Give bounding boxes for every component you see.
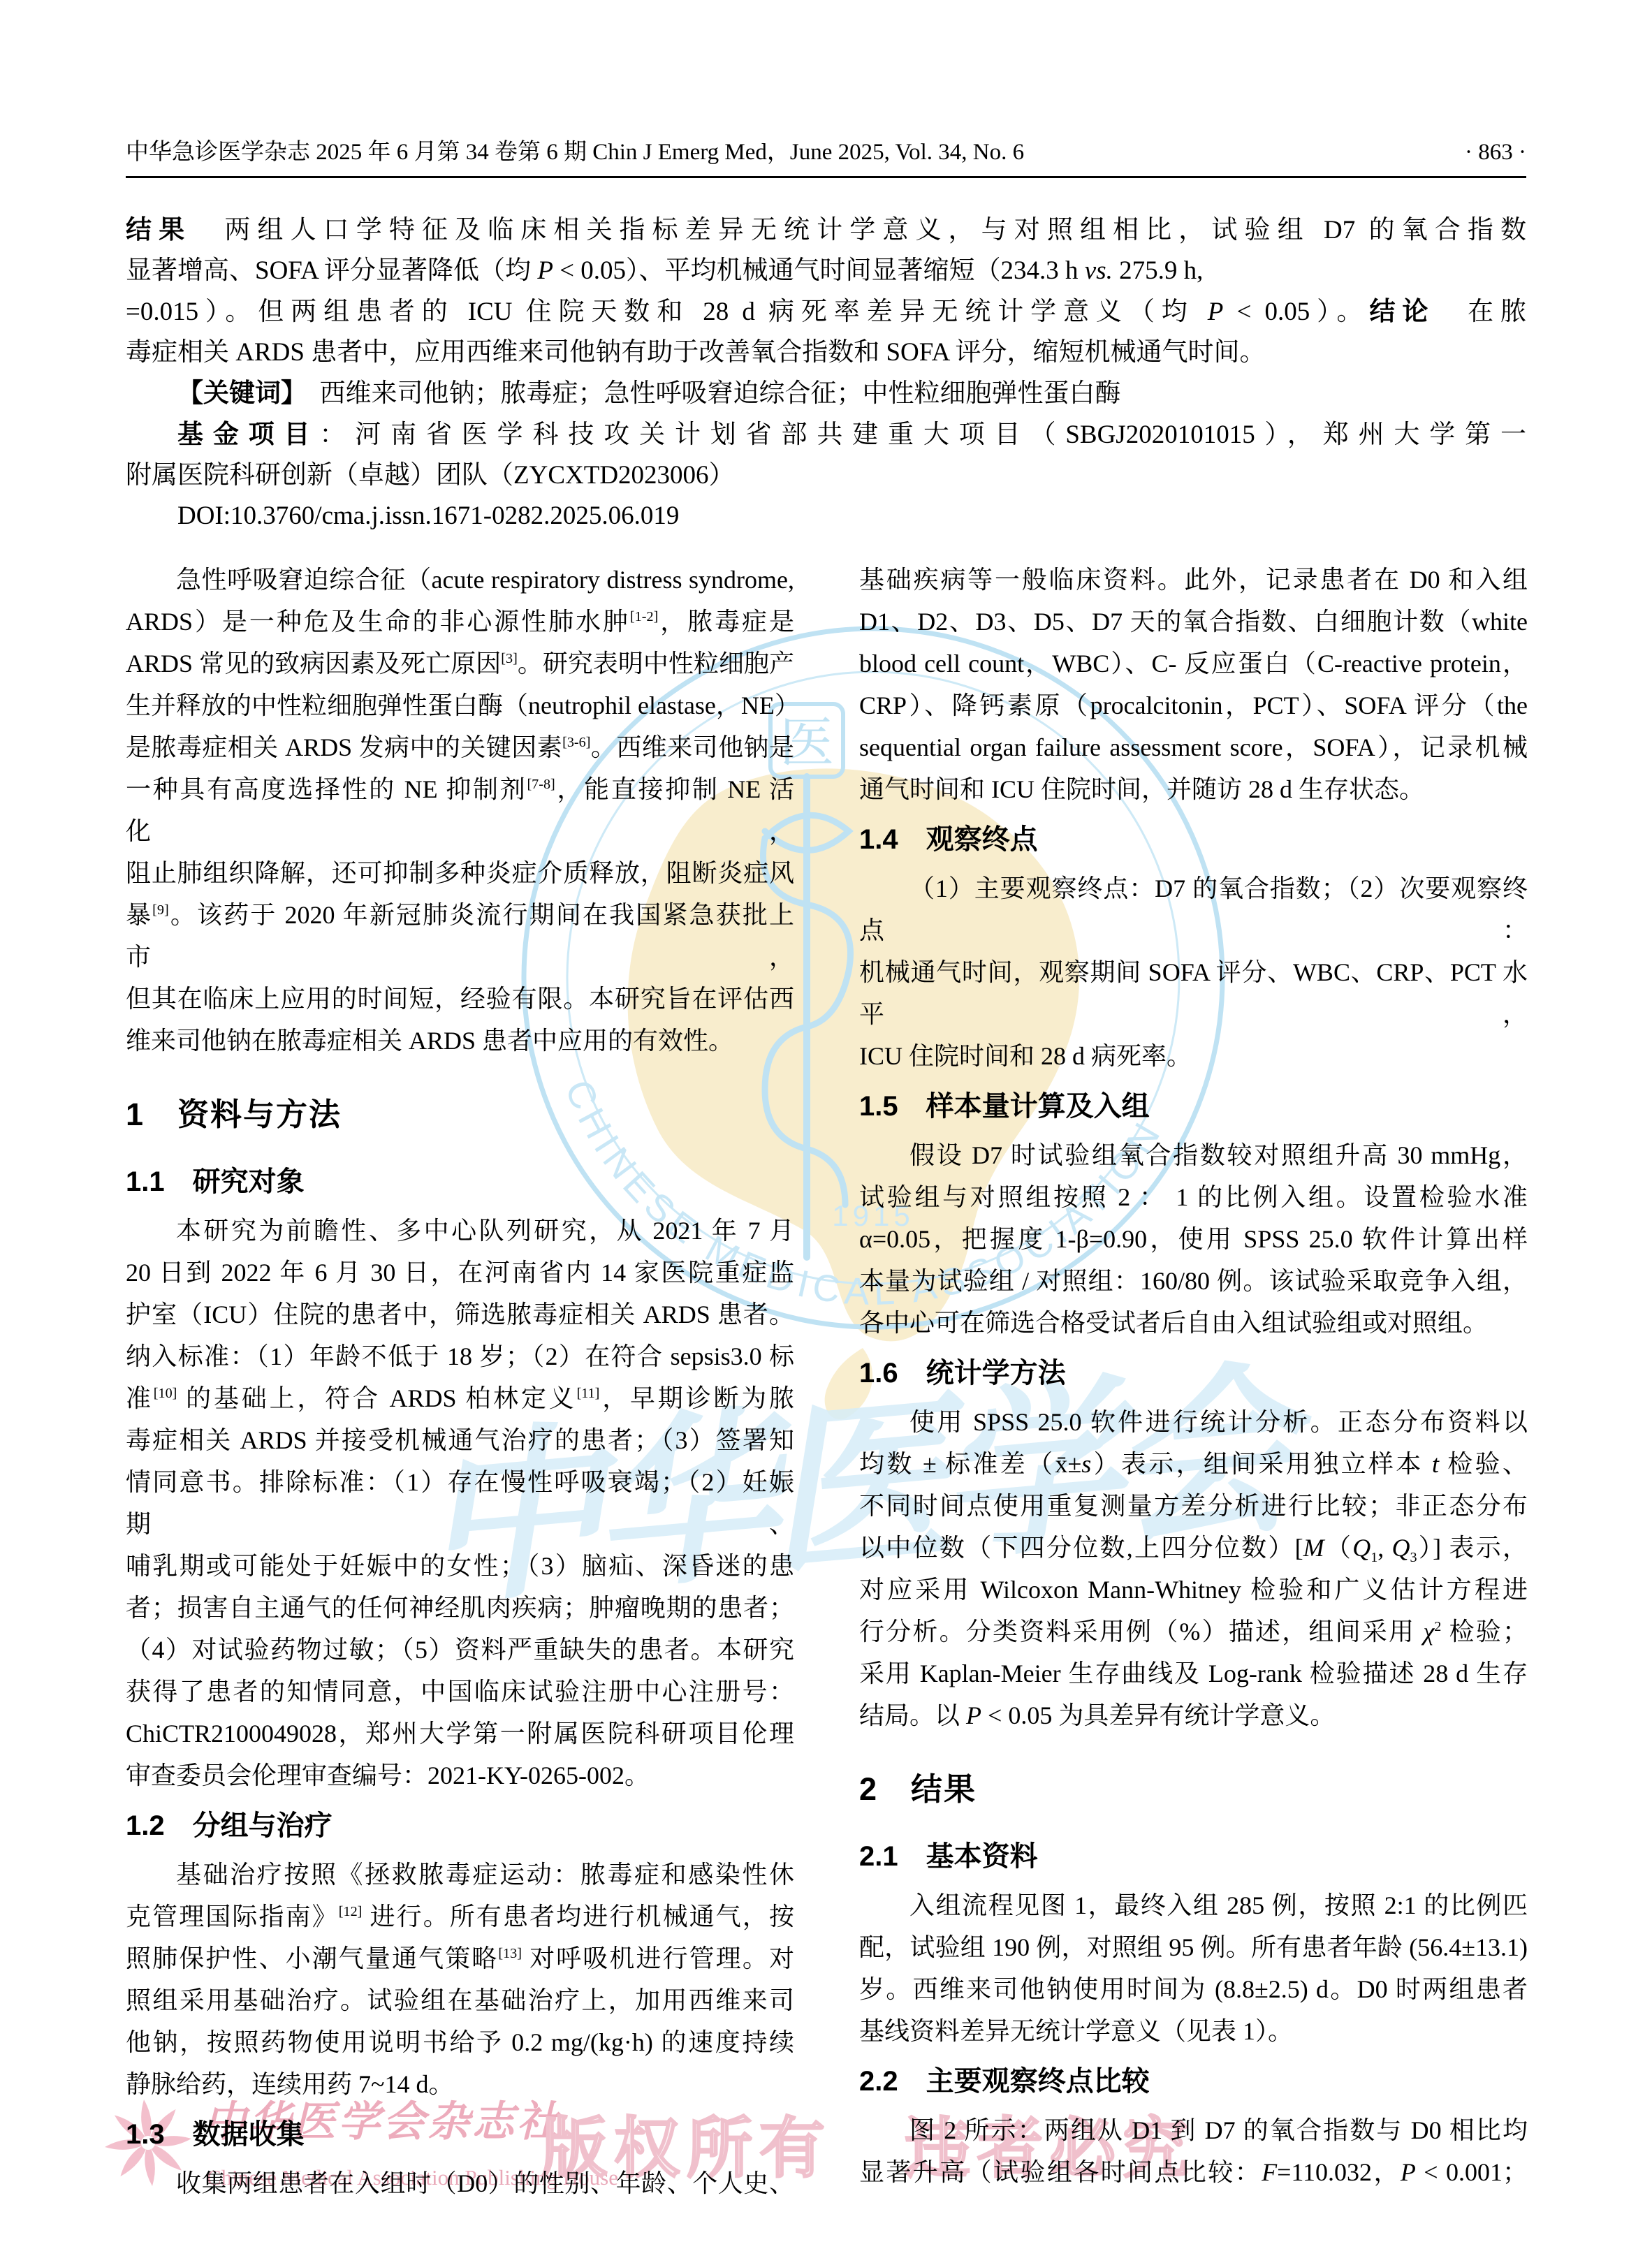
text-line: 结局。以 P < 0.05 为具差异有统计学意义。	[859, 1694, 1528, 1736]
text-line: 毒症相关 ARDS 患者中，应用西维来司他钠有助于改善氧合指数和 SOFA 评分…	[126, 332, 1526, 373]
text-line: 采用 Kaplan-Meier 生存曲线及 Log-rank 检验描述 28 d…	[859, 1653, 1528, 1694]
text-line: 通气时间和 ICU 住院时间，并随访 28 d 生存状态。	[859, 768, 1528, 810]
text-line: 本量为试验组 / 对照组：160/80 例。该试验采取竞争入组，	[859, 1260, 1528, 1302]
text-line: 本研究为前瞻性、多中心队列研究，从 2021 年 7 月	[126, 1210, 794, 1252]
text-line: 【关键词】 西维来司他钠；脓毒症；急性呼吸窘迫综合征；中性粒细胞弹性蛋白酶	[126, 373, 1526, 414]
text-line: 他钠，按照药物使用说明书给予 0.2 mg/(kg·h) 的速度持续	[126, 2021, 794, 2063]
text-line: 机械通气时间，观察期间 SOFA 评分、WBC、CRP、PCT 水平，	[859, 951, 1528, 1035]
text-line: 20 日到 2022 年 6 月 30 日，在河南省内 14 家医院重症监	[126, 1252, 794, 1294]
text-line: 阻止肺组织降解，还可抑制多种炎症介质释放，阻断炎症风	[126, 852, 794, 894]
text-line: α=0.05，把握度 1-β=0.90，使用 SPSS 25.0 软件计算出样	[859, 1218, 1528, 1260]
text-line: 情同意书。排除标准：（1）存在慢性呼吸衰竭；（2）妊娠期、	[126, 1461, 794, 1545]
text-line: 假设 D7 时试验组氧合指数较对照组升高 30 mmHg，	[859, 1134, 1528, 1176]
text-line: 基线资料差异无统计学意义（见表 1）。	[859, 2010, 1528, 2052]
subsection-heading: 2.1 基本资料	[859, 1836, 1528, 1877]
text-line: blood cell count，WBC）、C- 反应蛋白（C-reactive…	[859, 643, 1528, 684]
text-line: 配，试验组 190 例，对照组 95 例。所有患者年龄 (56.4±13.1)	[859, 1926, 1528, 1968]
text-line: 结果 两组人口学特征及临床相关指标差异无统计学意义，与对照组相比，试验组 D7 …	[126, 210, 1526, 251]
subsection-heading: 1.6 统计学方法	[859, 1352, 1528, 1394]
journal-title-line: 中华急诊医学杂志 2025 年 6 月第 34 卷第 6 期 Chin J Em…	[126, 137, 1024, 168]
text-line: ARDS 常见的致病因素及死亡原因[3]。研究表明中性粒细胞产	[126, 643, 794, 684]
text-line: 基金项目：河南省医学科技攻关计划省部共建重大项目（SBGJ2020101015）…	[126, 414, 1526, 455]
text-line: 以中位数（下四分位数,上四分位数）[M（Q1, Q3）] 表示，	[859, 1527, 1528, 1569]
text-line: （4）对试验药物过敏；（5）资料严重缺失的患者。本研究	[126, 1629, 794, 1671]
text-line: 静脉给药，连续用药 7~14 d。	[126, 2063, 794, 2105]
subsection-heading: 1.4 观察终点	[859, 819, 1528, 860]
journal-page: { "header": { "journal_line": "中华急诊医学杂志 …	[0, 0, 1652, 2242]
text-line: 照肺保护性、小潮气量通气策略[13] 对呼吸机进行管理。对	[126, 1937, 794, 1979]
text-line: 获得了患者的知情同意，中国临床试验注册中心注册号：	[126, 1671, 794, 1713]
text-line: 行分析。分类资料采用例（%）描述，组间采用 χ2 检验；	[859, 1611, 1528, 1653]
text-line: DOI:10.3760/cma.j.issn.1671-0282.2025.06…	[126, 496, 1526, 536]
text-line: 不同时间点使用重复测量方差分析进行比较；非正态分布	[859, 1485, 1528, 1527]
text-line: 维来司他钠在脓毒症相关 ARDS 患者中应用的有效性。	[126, 1020, 794, 1062]
text-line: 对应采用 Wilcoxon Mann-Whitney 检验和广义估计方程进	[859, 1569, 1528, 1611]
text-line: 显著升高（试验组各时间点比较：F=110.032，P < 0.001；	[859, 2151, 1528, 2193]
right-column: 基础疾病等一般临床资料。此外，记录患者在 D0 和入组D1、D2、D3、D5、D…	[859, 559, 1528, 2193]
subsection-heading: 2.2 主要观察终点比较	[859, 2060, 1528, 2102]
text-line: 基础疾病等一般临床资料。此外，记录患者在 D0 和入组	[859, 559, 1528, 601]
text-line: 者；损害自主通气的任何神经肌肉疾病；肿瘤晚期的患者；	[126, 1587, 794, 1629]
text-line: 一种具有高度选择性的 NE 抑制剂[7-8]，能直接抑制 NE 活化，	[126, 768, 794, 852]
text-line: 审查委员会伦理审查编号：2021-KY-0265-002。	[126, 1754, 794, 1796]
text-line: ICU 住院时间和 28 d 病死率。	[859, 1035, 1528, 1077]
text-line: 暴[9]。该药于 2020 年新冠肺炎流行期间在我国紧急获批上市，	[126, 894, 794, 978]
subsection-heading: 1.1 研究对象	[126, 1161, 794, 1203]
text-line: （1）主要观察终点：D7 的氧合指数；（2）次要观察终点：	[859, 867, 1528, 951]
page-number: · 863 ·	[1465, 137, 1526, 168]
text-line: 是脓毒症相关 ARDS 发病中的关键因素[3-6]。西维来司他钠是	[126, 726, 794, 768]
text-line: 准[10] 的基础上，符合 ARDS 柏林定义[11]，早期诊断为脓	[126, 1377, 794, 1419]
text-line: 克管理国际指南》[12] 进行。所有患者均进行机械通气，按	[126, 1896, 794, 1937]
abstract-section: 结果 两组人口学特征及临床相关指标差异无统计学意义，与对照组相比，试验组 D7 …	[126, 210, 1526, 536]
text-line: D1、D2、D3、D5、D7 天的氧合指数、白细胞计数（white	[859, 601, 1528, 643]
section-heading: 1 资料与方法	[126, 1092, 794, 1137]
text-line: 各中心可在筛选合格受试者后自由入组试验组或对照组。	[859, 1302, 1528, 1344]
text-line: 生并释放的中性粒细胞弹性蛋白酶（neutrophil elastase，NE）	[126, 684, 794, 726]
section-heading: 2 结果	[859, 1767, 1528, 1812]
text-line: ChiCTR2100049028，郑州大学第一附属医院科研项目伦理	[126, 1713, 794, 1754]
text-line: 护室（ICU）住院的患者中，筛选脓毒症相关 ARDS 患者。	[126, 1294, 794, 1335]
text-line: 图 2 所示：两组从 D1 到 D7 的氧合指数与 D0 相比均	[859, 2109, 1528, 2151]
text-line: 试验组与对照组按照 2 ： 1 的比例入组。设置检验水准	[859, 1176, 1528, 1218]
text-line: ARDS）是一种危及生命的非心源性肺水肿[1-2]，脓毒症是	[126, 601, 794, 643]
text-line: 显著增高、SOFA 评分显著降低（均 P < 0.05）、平均机械通气时间显著缩…	[126, 251, 1526, 291]
text-line: 入组流程见图 1，最终入组 285 例，按照 2:1 的比例匹	[859, 1884, 1528, 1926]
text-line: 照组采用基础治疗。试验组在基础治疗上，加用西维来司	[126, 1979, 794, 2021]
text-line: 附属医院科研创新（卓越）团队（ZYCXTD2023006）	[126, 455, 1526, 496]
left-column: 急性呼吸窘迫综合征（acute respiratory distress syn…	[126, 559, 794, 2204]
text-line: 纳入标准：（1）年龄不低于 18 岁；（2）在符合 sepsis3.0 标	[126, 1335, 794, 1377]
text-line: 收集两组患者在入组时（D0）的性别、年龄、个人史、	[126, 2162, 794, 2204]
text-line: =0.015）。但两组患者的 ICU 住院天数和 28 d 病死率差异无统计学意…	[126, 291, 1526, 332]
text-line: 毒症相关 ARDS 并接受机械通气治疗的患者；（3）签署知	[126, 1419, 794, 1461]
text-line: 急性呼吸窘迫综合征（acute respiratory distress syn…	[126, 559, 794, 601]
subsection-heading: 1.3 数据收集	[126, 2113, 794, 2155]
text-line: 基础治疗按照《拯救脓毒症运动：脓毒症和感染性休	[126, 1854, 794, 1896]
text-line: sequential organ failure assessment scor…	[859, 726, 1528, 768]
text-line: 但其在临床上应用的时间短，经验有限。本研究旨在评估西	[126, 978, 794, 1020]
subsection-heading: 1.2 分组与治疗	[126, 1805, 794, 1847]
page-header: 中华急诊医学杂志 2025 年 6 月第 34 卷第 6 期 Chin J Em…	[126, 137, 1526, 178]
text-line: 哺乳期或可能处于妊娠中的女性；（3）脑疝、深昏迷的患	[126, 1545, 794, 1587]
text-line: CRP）、降钙素原（procalcitonin，PCT）、SOFA 评分（the	[859, 684, 1528, 726]
text-line: 均数 ± 标准差（x̄±s）表示，组间采用独立样本 t 检验、	[859, 1443, 1528, 1485]
text-line: 使用 SPSS 25.0 软件进行统计分析。正态分布资料以	[859, 1401, 1528, 1443]
text-line: 岁。西维来司他钠使用时间为 (8.8±2.5) d。D0 时两组患者	[859, 1968, 1528, 2010]
subsection-heading: 1.5 样本量计算及入组	[859, 1085, 1528, 1127]
